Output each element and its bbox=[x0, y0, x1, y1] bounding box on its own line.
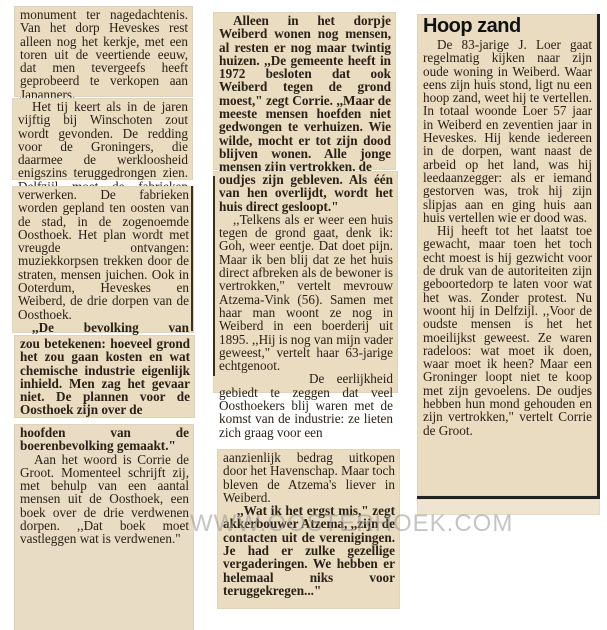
article-text: monument ter nagedachtenis. Van het dorp… bbox=[20, 8, 188, 101]
article-text: oudjes zijn gebleven. Als één van hen ov… bbox=[219, 173, 393, 213]
clipping-col1-part4: zou betekenen: hoeveel grond het zou gaa… bbox=[14, 335, 195, 418]
article-text: De eerlijkheid gebiedt te zeggen dat vee… bbox=[219, 372, 393, 438]
clipping-col2-part2: oudjes zijn gebleven. Als één van hen ov… bbox=[213, 171, 398, 393]
quote-text: zou betekenen: hoeveel grond het zou gaa… bbox=[20, 337, 190, 417]
article-text: De 83-jarige J. Loer gaat regelmatig kij… bbox=[423, 38, 592, 224]
clipping-scrap bbox=[417, 499, 600, 515]
headline: Hoop zand bbox=[423, 15, 592, 37]
clipping-hoop-zand: Hoop zand De 83-jarige J. Loer gaat rege… bbox=[417, 14, 600, 499]
article-text: verwerken. De fabrieken worden gepland t… bbox=[18, 188, 189, 321]
clipping-col2-part1: Alleen in het dorpje Weiberd wonen nog m… bbox=[213, 12, 396, 170]
column-rule bbox=[213, 176, 215, 376]
clipping-col1-part5: hoofden van de boerenbevolking gemaakt."… bbox=[14, 424, 194, 630]
column-rule bbox=[191, 186, 193, 331]
quote-text: hoofden van de boerenbevolking gemaakt." bbox=[20, 426, 189, 453]
article-text: Hij heeft tot het laatst toe gewacht, ma… bbox=[423, 224, 592, 437]
clipping-col1-part2: Het tij keert als in de jaren vijftig bi… bbox=[12, 98, 193, 180]
clipping-col1-part3: verwerken. De fabrieken worden gepland t… bbox=[12, 186, 194, 333]
clipping-col1-part1: monument ter nagedachtenis. Van het dorp… bbox=[14, 6, 193, 97]
article-text: Aan het woord is Corrie de Groot. Moment… bbox=[20, 453, 189, 546]
clipping-col2-part3: aanzienlijk bedrag uitkopen door het Hav… bbox=[217, 449, 400, 609]
article-text: aanzienlijk bedrag uitkopen door het Hav… bbox=[223, 451, 395, 504]
article-text: Alleen in het dorpje Weiberd wonen nog m… bbox=[219, 14, 391, 174]
quote-text: ,,Wat ik het ergst mis," zegt akkerbouwe… bbox=[223, 504, 395, 597]
article-text: ,,Telkens als er weer een huis tegen de … bbox=[219, 213, 393, 373]
